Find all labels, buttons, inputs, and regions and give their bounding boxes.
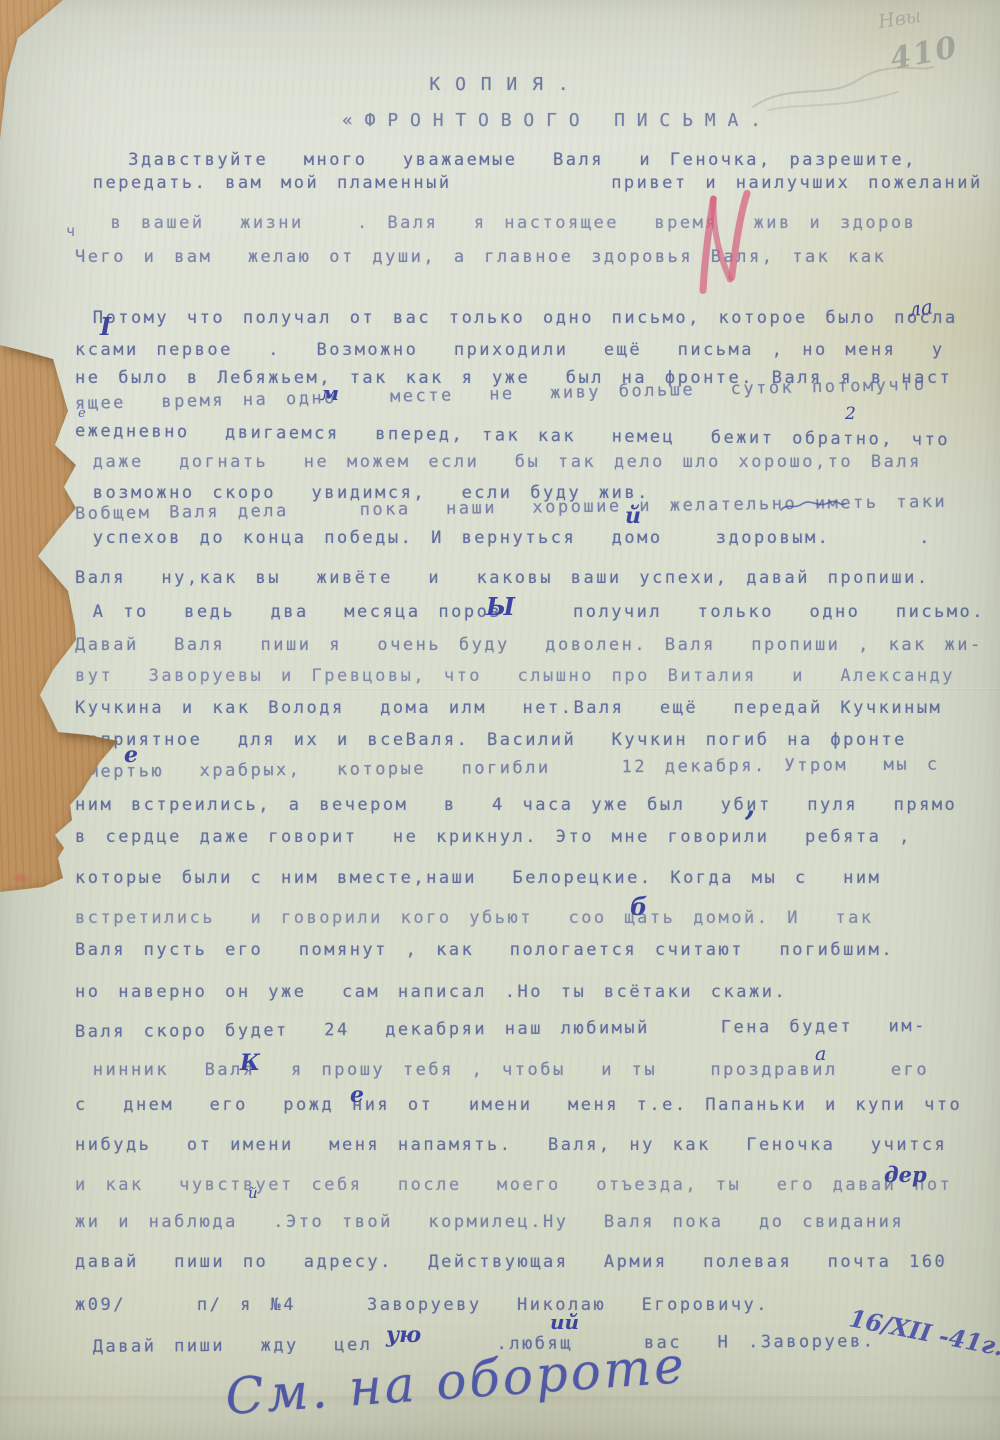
ink-mark: й bbox=[625, 503, 641, 529]
ink-mark: ий bbox=[550, 1310, 579, 1334]
typed-line: ежедневно двигаемся вперед, так как неме… bbox=[75, 421, 985, 451]
typed-line: Давай пиши жду цел .любящ вас Н .Заворуе… bbox=[75, 1331, 985, 1357]
typed-line: Валя скоро будет 24 декабряи наш любимый… bbox=[75, 1016, 985, 1042]
ink-mark: м bbox=[320, 381, 339, 405]
typed-line: Вобщем Валя дела пока наши хорошие и жел… bbox=[75, 491, 985, 524]
typed-line: Чего и вам желаю от души, а главное здор… bbox=[75, 247, 985, 267]
typed-line: нинник Валя я прошу тебя , чтобы и ты пр… bbox=[75, 1060, 985, 1080]
ink-mark: й bbox=[248, 1184, 258, 1202]
typed-line: возможно скоро увидимся, если буду жив. bbox=[75, 483, 985, 503]
typed-line: и как чувствует себя после моего отъезда… bbox=[75, 1175, 985, 1195]
reverse-side-note: См. на обороте bbox=[224, 1336, 689, 1426]
ink-mark: , bbox=[745, 788, 755, 823]
ink-mark: б bbox=[630, 892, 647, 921]
ink-mark: ла bbox=[907, 295, 934, 322]
ink-mark: ую bbox=[386, 1322, 421, 1348]
typed-line: Кучкина и как Володя дома илм нет.Валя е… bbox=[75, 698, 985, 718]
typed-line: успехов до конца победы. И вернуться дом… bbox=[75, 528, 985, 548]
typed-line: в сердце даже говорит не крикнул. Это мн… bbox=[75, 827, 985, 847]
ink-mark: I bbox=[100, 312, 111, 341]
ink-mark: дер bbox=[884, 1162, 927, 1187]
letter-body: Здавствуйте много уважаемые Валя и Геноч… bbox=[75, 150, 985, 1357]
ink-squiggle bbox=[778, 498, 848, 516]
typed-line: нибудь от имени меня напамять. Валя, ну … bbox=[75, 1135, 985, 1155]
ink-mark: Ы bbox=[486, 592, 515, 621]
typed-line: но наверно он уже сам написал .Но ты всё… bbox=[75, 982, 985, 1002]
photographed-letter-scene: Нвы 410 К О П И Я . « Ф Р О Н Т О В О Г … bbox=[0, 0, 1000, 1440]
typed-line: Потому что получал от вас только одно пи… bbox=[75, 308, 985, 328]
ink-mark: К bbox=[240, 1050, 260, 1076]
pencil-scribble bbox=[748, 62, 938, 112]
ink-mark: е bbox=[78, 406, 86, 421]
ink-mark: а bbox=[815, 1043, 826, 1065]
typed-line: ж09/ п/ я №4 Заворуеву Николаю Егоровичу… bbox=[75, 1295, 985, 1315]
pencil-note: Нвы bbox=[877, 5, 923, 33]
letter-title: К О П И Я . bbox=[0, 74, 1000, 95]
paper-shadow-wrap: Нвы 410 К О П И Я . « Ф Р О Н Т О В О Г … bbox=[0, 0, 1000, 1440]
typed-line: жи и наблюда .Это твой кормилец.Ну Валя … bbox=[75, 1212, 985, 1232]
typed-line: в вашей жизни . Валя я настоящее время ж… bbox=[75, 213, 985, 233]
ink-mark: е bbox=[124, 742, 138, 768]
typed-line: давай пиши по адресу. Действующая Армия … bbox=[75, 1252, 985, 1272]
typed-line: Здавствуйте много уважаемые Валя и Геноч… bbox=[75, 150, 985, 170]
letter-subtitle: « Ф Р О Н Т О В О Г О П И С Ь М А . bbox=[342, 110, 761, 131]
typed-line: ним встреились, а вечером в 4 часа уже б… bbox=[75, 795, 985, 815]
typed-line: Валя ну,как вы живёте и каковы ваши успе… bbox=[75, 568, 985, 588]
typed-line: встретились и говорили кого убьют соо ща… bbox=[75, 908, 985, 928]
typed-line: даже догнать не можем если бы так дело ш… bbox=[75, 452, 985, 472]
typed-line: не было в Лебяжьем, так как я уже был на… bbox=[75, 368, 985, 388]
typed-line: ксами первое . Возможно приходили ещё пи… bbox=[75, 340, 985, 360]
typed-line: неприятное для их и всеВаля. Василий Куч… bbox=[75, 730, 985, 750]
typed-line: Давай Валя пиши я очень буду доволен. Ва… bbox=[75, 635, 985, 655]
typed-line: А то ведь два месяца пороз получил тольк… bbox=[75, 602, 985, 622]
typed-line: передать. вам мой пламенный привет и наи… bbox=[75, 173, 985, 193]
letter-paper: Нвы 410 К О П И Я . « Ф Р О Н Т О В О Г … bbox=[0, 0, 1000, 1440]
typed-line: вут Заворуевы и Гревцовы, что слышно про… bbox=[75, 666, 985, 686]
ink-mark: е bbox=[350, 1082, 364, 1108]
paper-fold-shadow bbox=[0, 1396, 1000, 1406]
ink-mark: 2 bbox=[845, 404, 856, 424]
typed-line: ящее время на одно месте не живу больше … bbox=[75, 373, 985, 414]
archive-number: 410 bbox=[887, 30, 961, 77]
typed-line: которые были с ним вместе,наши Белорецки… bbox=[75, 868, 985, 888]
typed-line: с днем его рожд ния от имени меня т.е. П… bbox=[75, 1095, 985, 1115]
red-pencil-mark bbox=[679, 188, 769, 296]
typed-line: Валя пусть его помянут , как пологается … bbox=[75, 940, 985, 960]
date-annotation: 16/XII -41г. bbox=[847, 1303, 1000, 1361]
margin-mark: ч bbox=[66, 222, 75, 240]
paper-crease bbox=[90, 688, 1000, 690]
typed-line: смертью храбрых, которые погибли 12 дека… bbox=[75, 754, 985, 782]
